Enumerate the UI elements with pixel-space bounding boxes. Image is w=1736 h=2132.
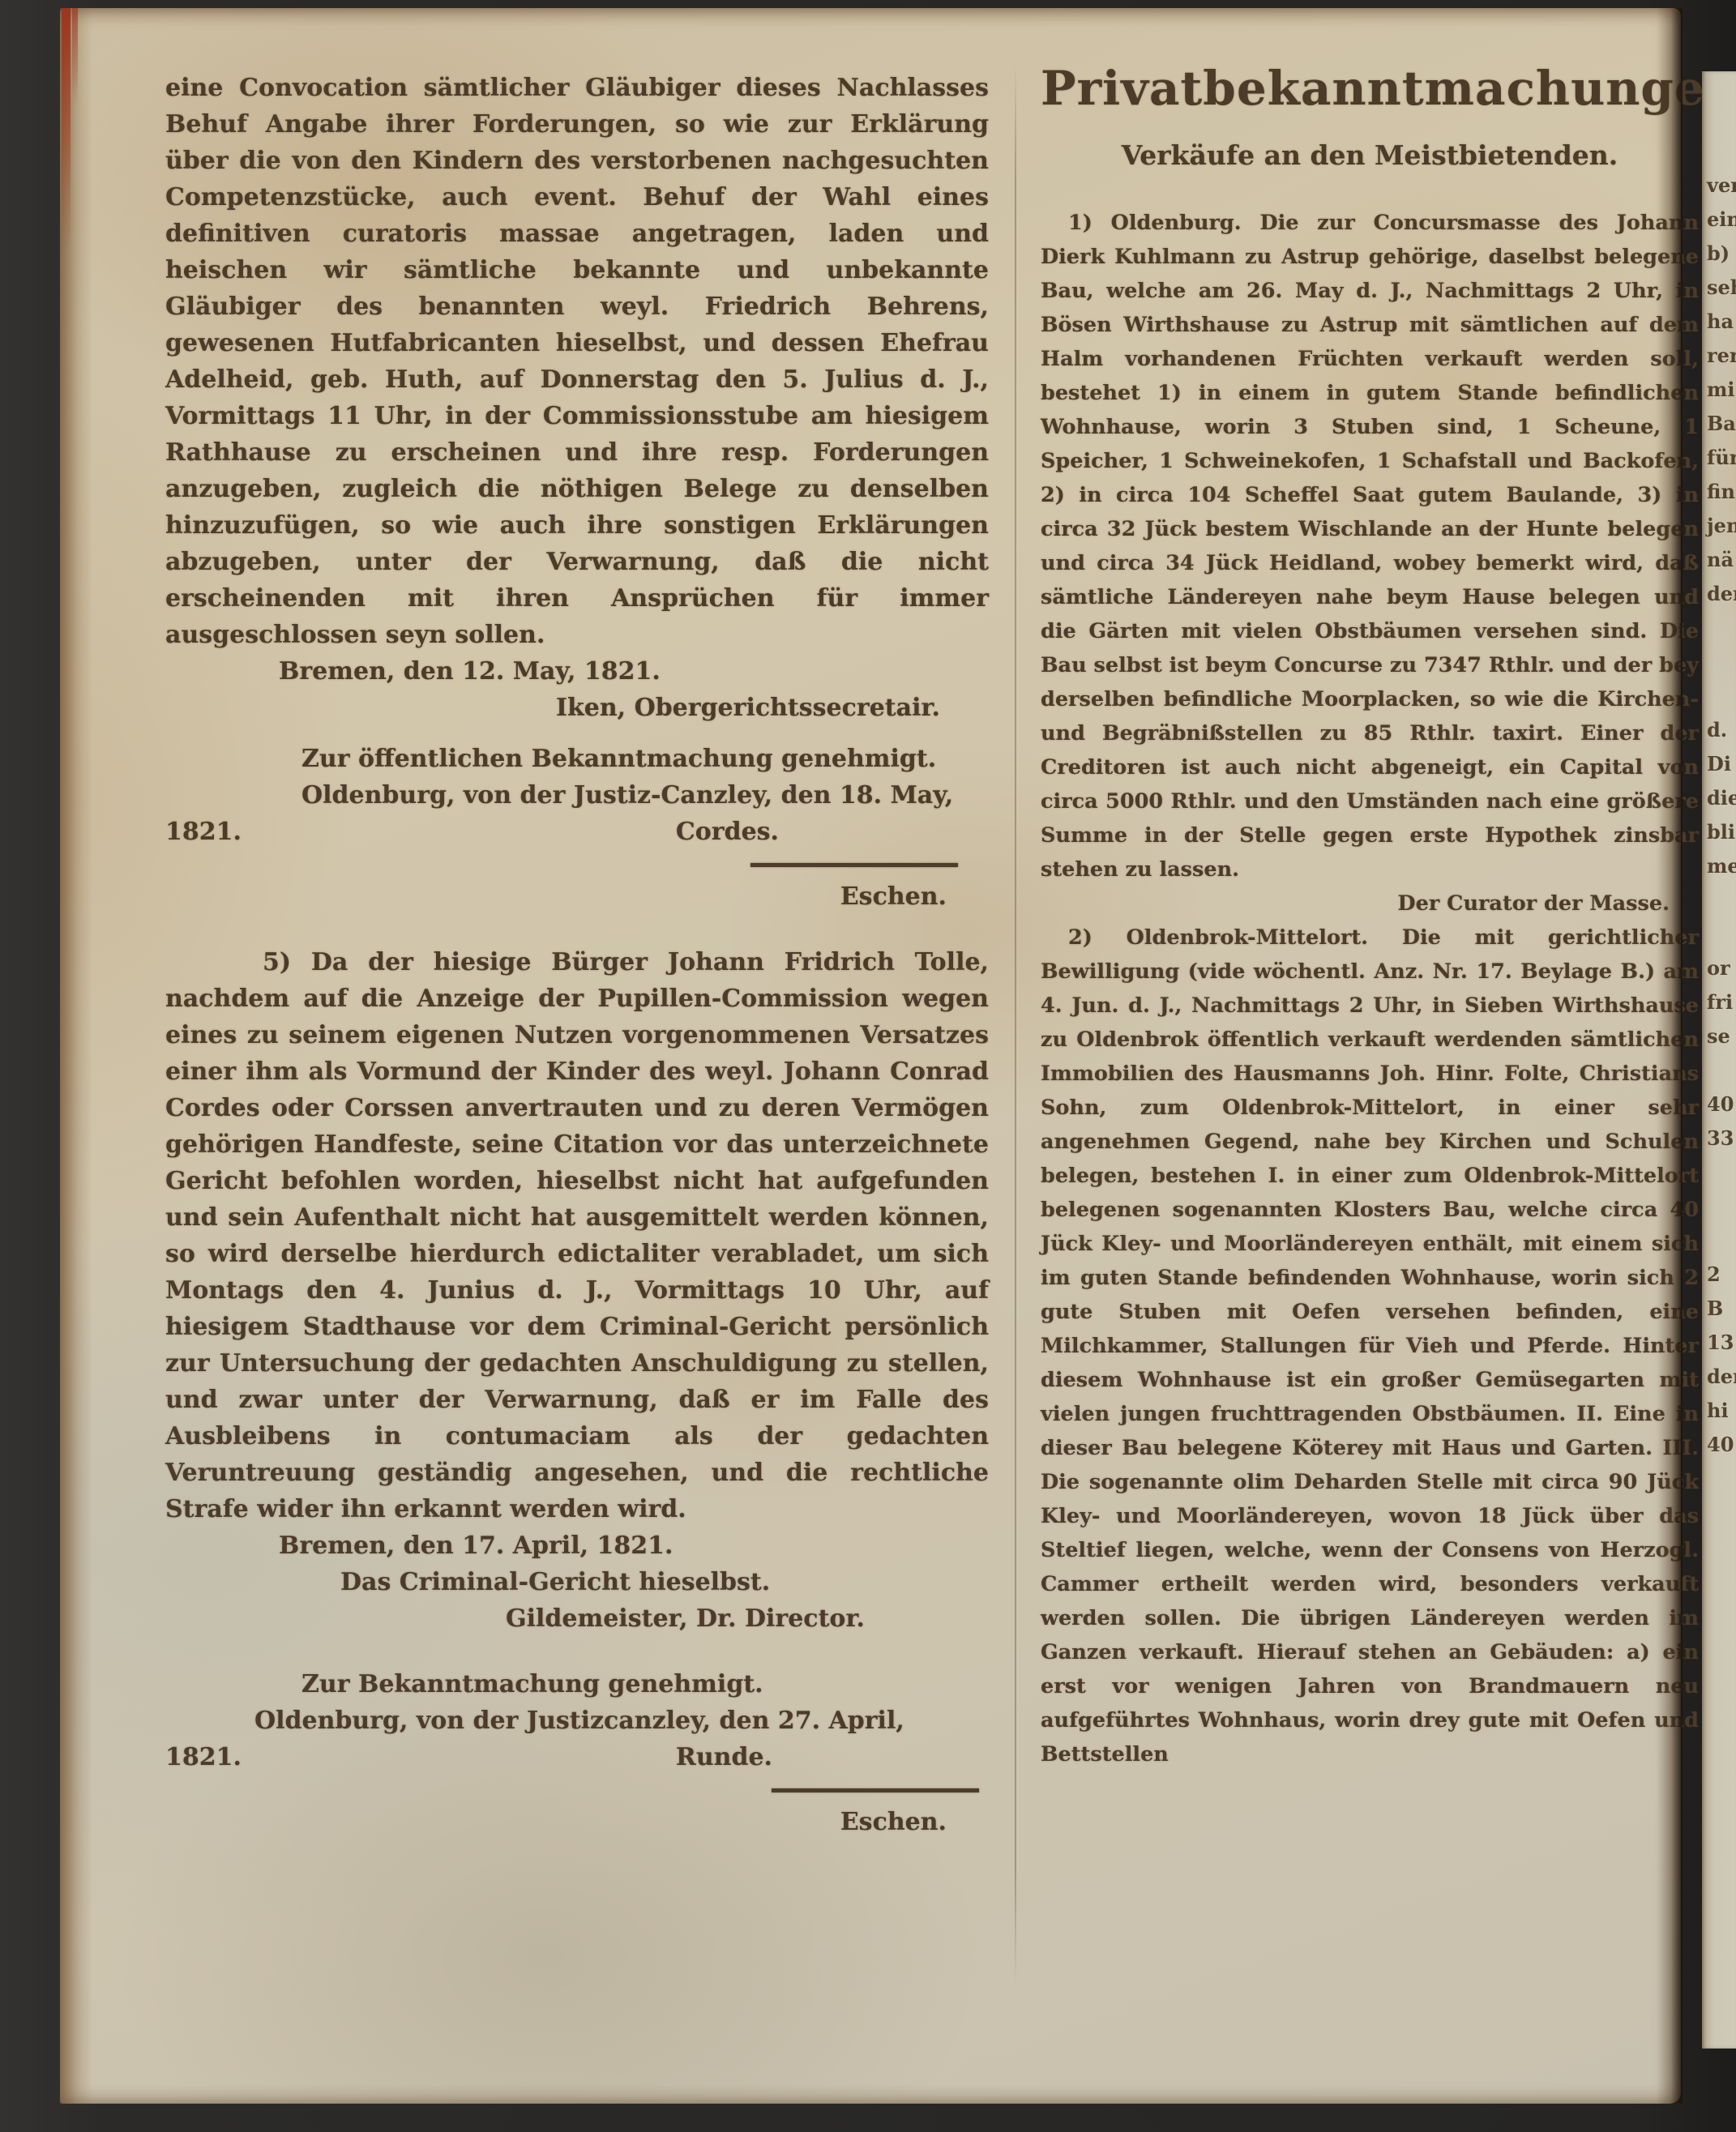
section-subtitle: Verkäufe an den Meistbietenden.	[1041, 138, 1699, 173]
notice-1-body: 1) Oldenburg. Die zur Concursmasse des J…	[1041, 206, 1699, 887]
notice-1-signature: Der Curator der Masse.	[1041, 887, 1699, 921]
notice-5-dateline: Bremen, den 17. April, 1821.	[165, 1527, 989, 1564]
edge-fragment: mi	[1707, 373, 1736, 407]
edge-fragment: b)	[1707, 237, 1736, 271]
edge-fragment: me	[1707, 849, 1736, 883]
edge-fragment: Ba	[1707, 407, 1736, 441]
notice-4-approval-line1: Zur öffentlichen Bekanntmachung genehmig…	[165, 741, 989, 777]
notice-5-issuer: Das Criminal-Gericht hieselbst.	[165, 1564, 989, 1600]
notice-5-approval-line1: Zur Bekanntmachung genehmigt.	[165, 1666, 989, 1703]
edge-fragment: fri	[1707, 985, 1736, 1019]
edge-fragment: rer	[1707, 339, 1736, 373]
left-column: eine Convocation sämtlicher Gläubiger di…	[165, 70, 989, 1840]
notice-5-approval-year: 1821.	[165, 1743, 242, 1771]
binding-red-streak-2	[72, 8, 78, 105]
edge-fragment: ha	[1707, 305, 1736, 339]
edge-fragment: für	[1707, 441, 1736, 475]
notice-5-approval-signature: Runde.	[676, 1739, 772, 1775]
edge-fragment	[1707, 679, 1736, 713]
notice-2-body: 2) Oldenbrok-Mittelort. Die mit gerichtl…	[1041, 921, 1699, 1771]
notice-4-dateline: Bremen, den 12. May, 1821.	[165, 653, 989, 690]
notice-4-approval-year: 1821.	[165, 818, 242, 846]
edge-fragment: B	[1707, 1292, 1736, 1326]
right-column: Privatbekanntmachungen. Verkäufe an den …	[1041, 60, 1699, 1771]
edge-fragment: se	[1707, 1019, 1736, 1053]
next-page-edge-text: vereinb)sehharermiBafürfinjennäderd.Didi…	[1702, 71, 1736, 1462]
notice-5-approval-line2: Oldenburg, von der Justizcanzley, den 27…	[165, 1703, 989, 1739]
section-title: Privatbekanntmachungen.	[1041, 60, 1699, 117]
edge-fragment	[1707, 917, 1736, 951]
edge-fragment: die	[1707, 781, 1736, 815]
edge-fragment	[1707, 1156, 1736, 1190]
edge-fragment: Di	[1707, 747, 1736, 781]
edge-fragment	[1707, 645, 1736, 679]
notice-5-signature: Gildemeister, Dr. Director.	[165, 1600, 989, 1637]
notice-4-approval-line2: Oldenburg, von der Justiz-Canzley, den 1…	[165, 777, 989, 814]
notice-5-countersign: Eschen.	[165, 1804, 989, 1840]
scanned-page: eine Convocation sämtlicher Gläubiger di…	[60, 8, 1681, 2104]
edge-fragment: bli	[1707, 815, 1736, 849]
edge-fragment	[1707, 883, 1736, 917]
next-page-sliver: vereinb)sehharermiBafürfinjennäderd.Didi…	[1702, 71, 1736, 2049]
notice-4-body: eine Convocation sämtlicher Gläubiger di…	[165, 70, 989, 653]
divider-rule	[772, 1788, 979, 1792]
column-rule	[1015, 65, 1016, 1985]
edge-fragment	[1707, 1190, 1736, 1224]
notice-4-approval-signature: Cordes.	[676, 814, 779, 850]
edge-fragment: der	[1707, 1360, 1736, 1394]
edge-fragment: ver	[1707, 169, 1736, 203]
notice-4-countersign: Eschen.	[165, 878, 989, 915]
edge-fragment: 33	[1707, 1122, 1736, 1156]
notice-4-signature: Iken, Obergerichtssecretair.	[165, 690, 989, 726]
page-gutter-shadow	[1657, 8, 1683, 2104]
edge-fragment	[1707, 1224, 1736, 1258]
edge-fragment: nä	[1707, 543, 1736, 577]
edge-fragment: d.	[1707, 713, 1736, 747]
edge-fragment: der	[1707, 577, 1736, 611]
divider-rule	[750, 863, 958, 867]
binding-red-streak	[62, 8, 71, 251]
edge-fragment: or	[1707, 951, 1736, 985]
edge-fragment: 40	[1707, 1087, 1736, 1122]
edge-fragment: ein	[1707, 203, 1736, 237]
edge-fragment: fin	[1707, 475, 1736, 509]
page-binding-edge	[60, 8, 92, 2104]
edge-fragment	[1707, 611, 1736, 645]
edge-fragment: 13	[1707, 1326, 1736, 1360]
notice-5-body: 5) Da der hiesige Bürger Johann Fridrich…	[165, 944, 989, 1527]
edge-fragment: jen	[1707, 509, 1736, 543]
edge-fragment: seh	[1707, 271, 1736, 305]
edge-fragment: 40	[1707, 1428, 1736, 1462]
notice-5-approval-year-row: 1821. Runde.	[165, 1739, 989, 1775]
edge-fragment: hi	[1707, 1394, 1736, 1428]
edge-fragment	[1707, 1053, 1736, 1087]
edge-fragment: 2	[1707, 1258, 1736, 1292]
notice-4-approval-year-row: 1821. Cordes.	[165, 814, 989, 850]
